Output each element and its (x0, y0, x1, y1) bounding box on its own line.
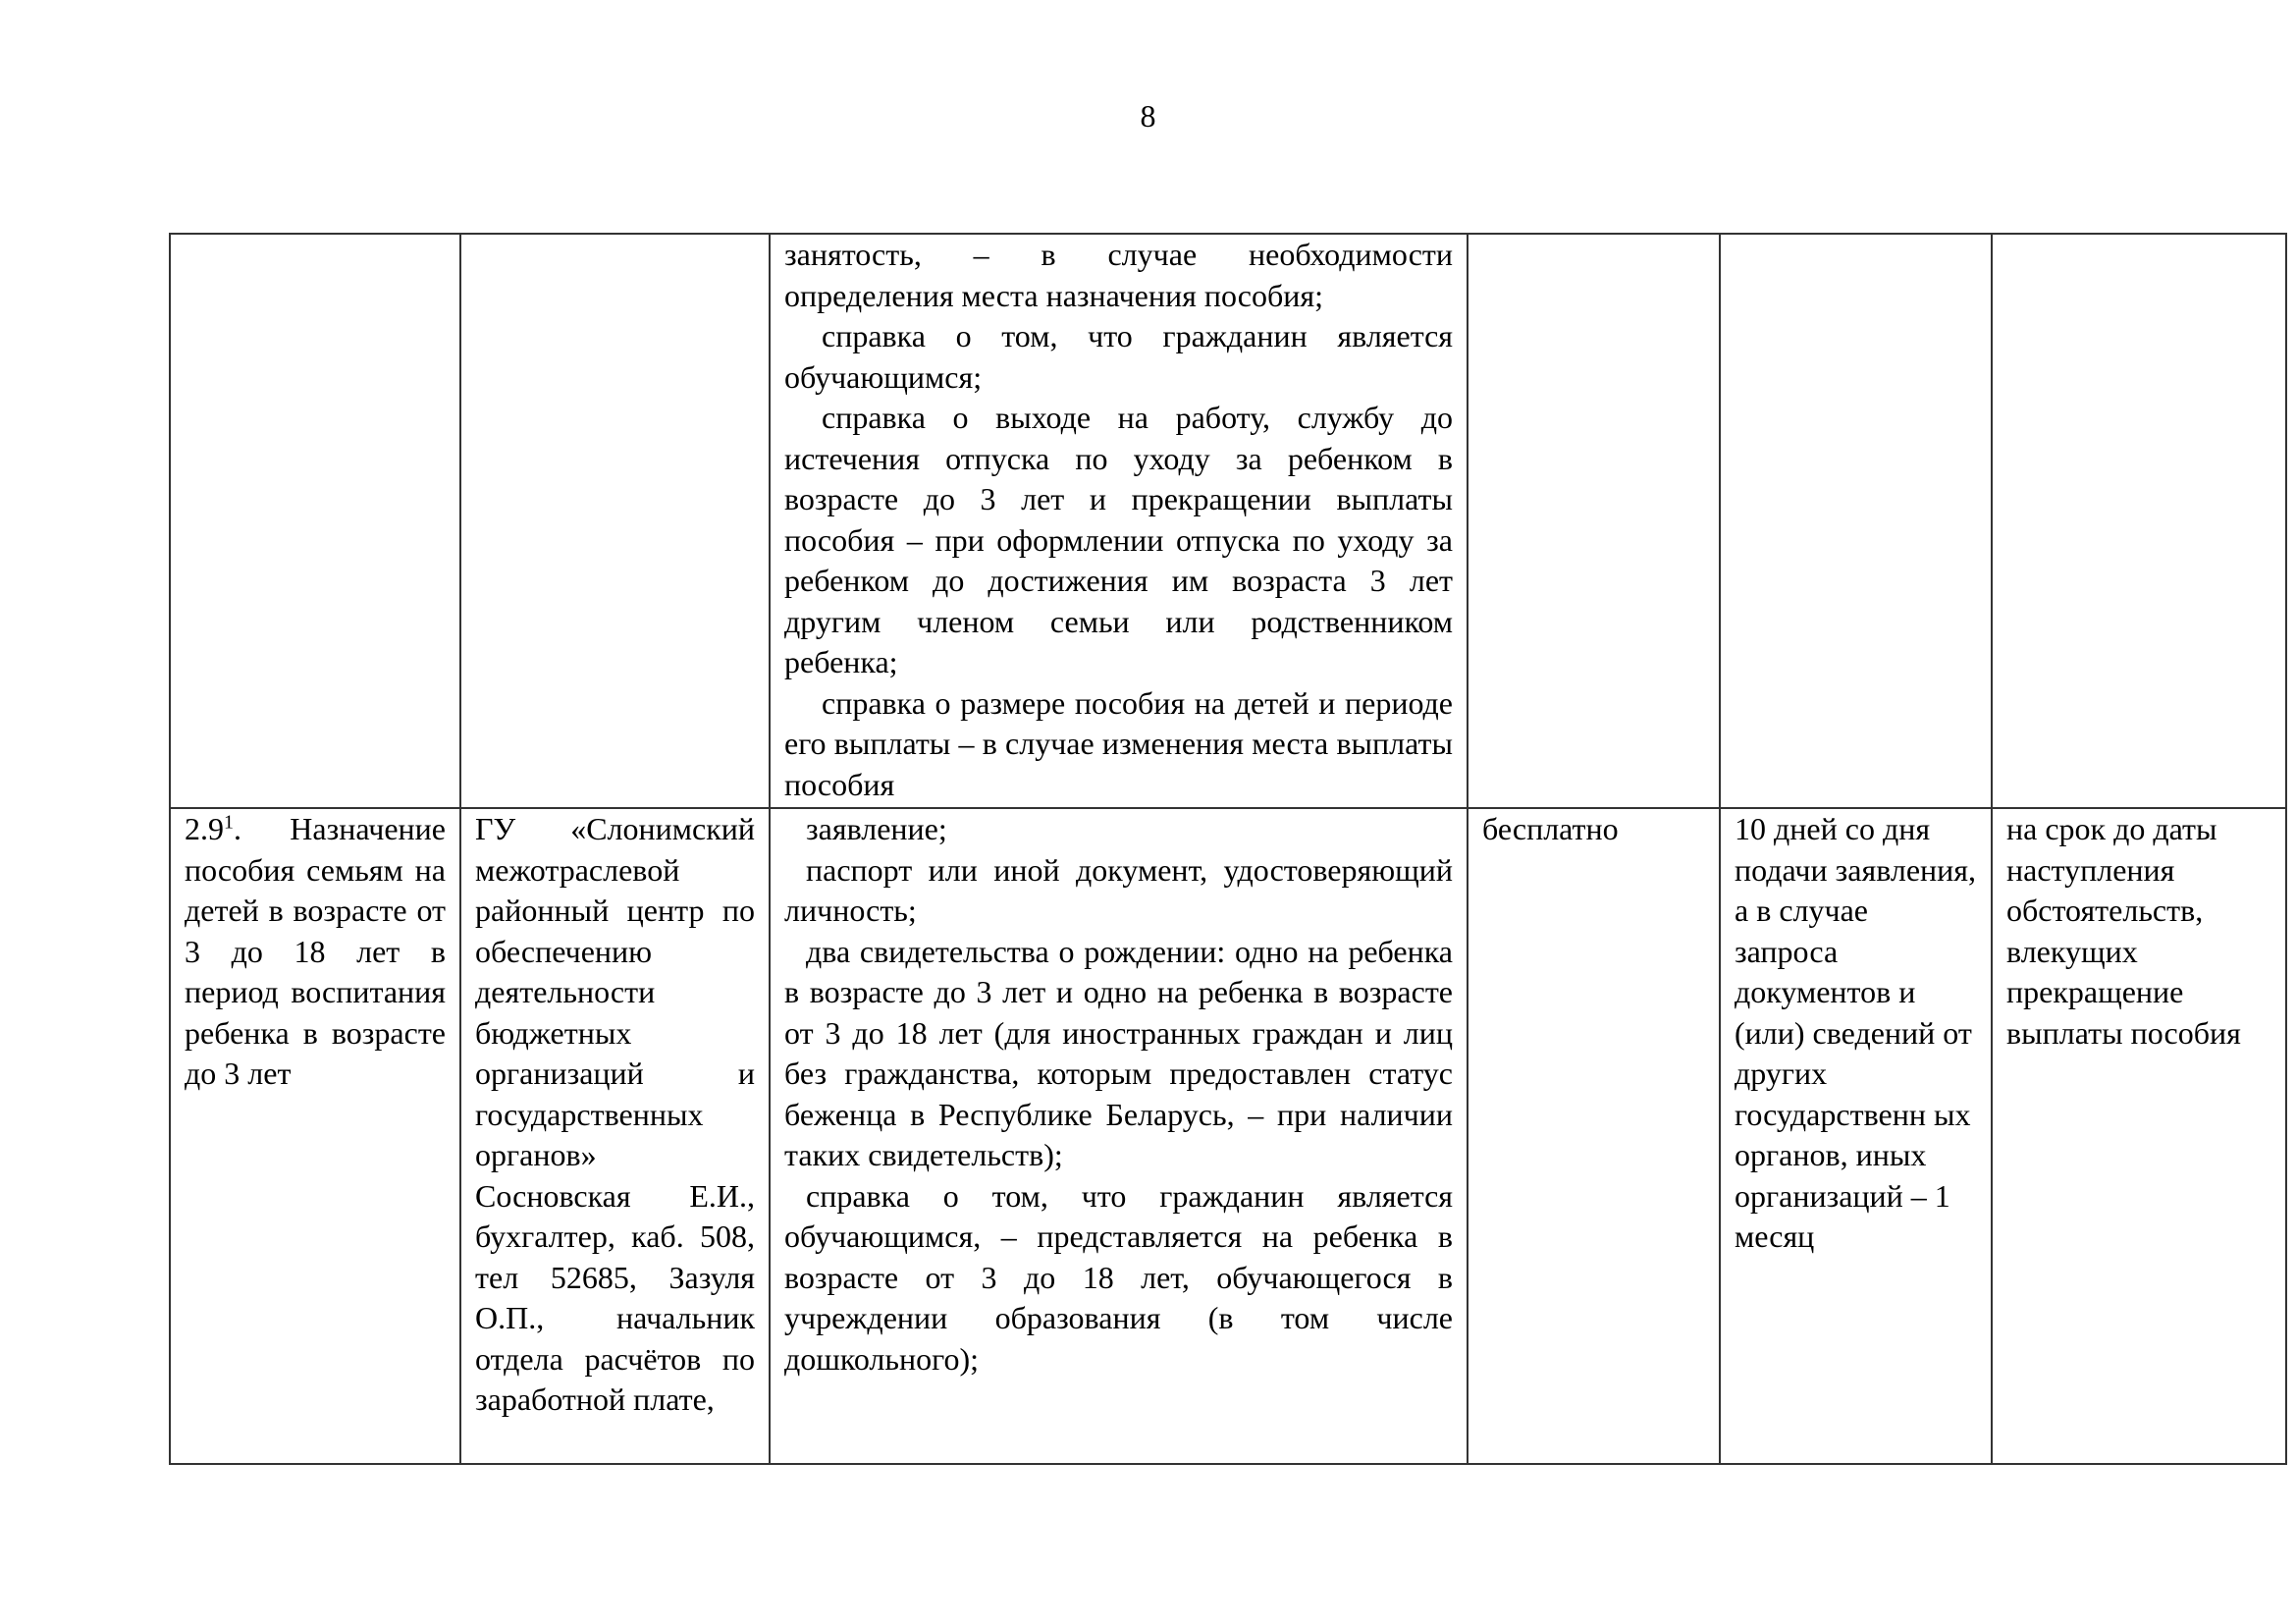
validity-cell: на срок до даты наступления обстоятельст… (1992, 808, 2286, 1464)
documents-cell-continued: занятость, – в случае необходимости опре… (770, 234, 1468, 808)
document-item: справка о выходе на работу, службу до ис… (784, 398, 1453, 683)
table-row-2-9-1: 2.91. Назначение пособия семьям на детей… (170, 808, 2286, 1464)
document-item: справка о том, что гражданин является об… (784, 316, 1453, 398)
validity-cell-empty (1992, 234, 2286, 808)
procedure-title: . Назначение пособия семьям на детей в в… (185, 811, 446, 1091)
procedure-cell-empty (170, 234, 460, 808)
procedure-number: 2.9 (185, 811, 224, 846)
document-item: справка о размере пособия на детей и пер… (784, 683, 1453, 806)
document-item: паспорт или иной документ, удостоверяющи… (784, 850, 1453, 932)
document-item: справка о том, что гражданин является об… (784, 1176, 1453, 1380)
term-cell-empty (1720, 234, 1992, 808)
documents-cell: заявление; паспорт или иной документ, уд… (770, 808, 1468, 1464)
fee-cell: бесплатно (1468, 808, 1720, 1464)
document-item: два свидетельства о рождении: одно на ре… (784, 932, 1453, 1176)
term-cell: 10 дней со дня подачи заявления, а в слу… (1720, 808, 1992, 1464)
document-item: занятость, – в случае необходимости опре… (784, 235, 1453, 316)
responsible-cell-empty (460, 234, 770, 808)
procedure-superscript: 1 (224, 811, 234, 833)
procedures-table: занятость, – в случае необходимости опре… (169, 233, 2287, 1465)
responsible-cell: ГУ «Слонимский межотраслевой районный це… (460, 808, 770, 1464)
procedure-cell: 2.91. Назначение пособия семьям на детей… (170, 808, 460, 1464)
document-item: заявление; (784, 809, 1453, 850)
page-number: 8 (0, 96, 2296, 135)
fee-cell-empty (1468, 234, 1720, 808)
table-row-continued: занятость, – в случае необходимости опре… (170, 234, 2286, 808)
